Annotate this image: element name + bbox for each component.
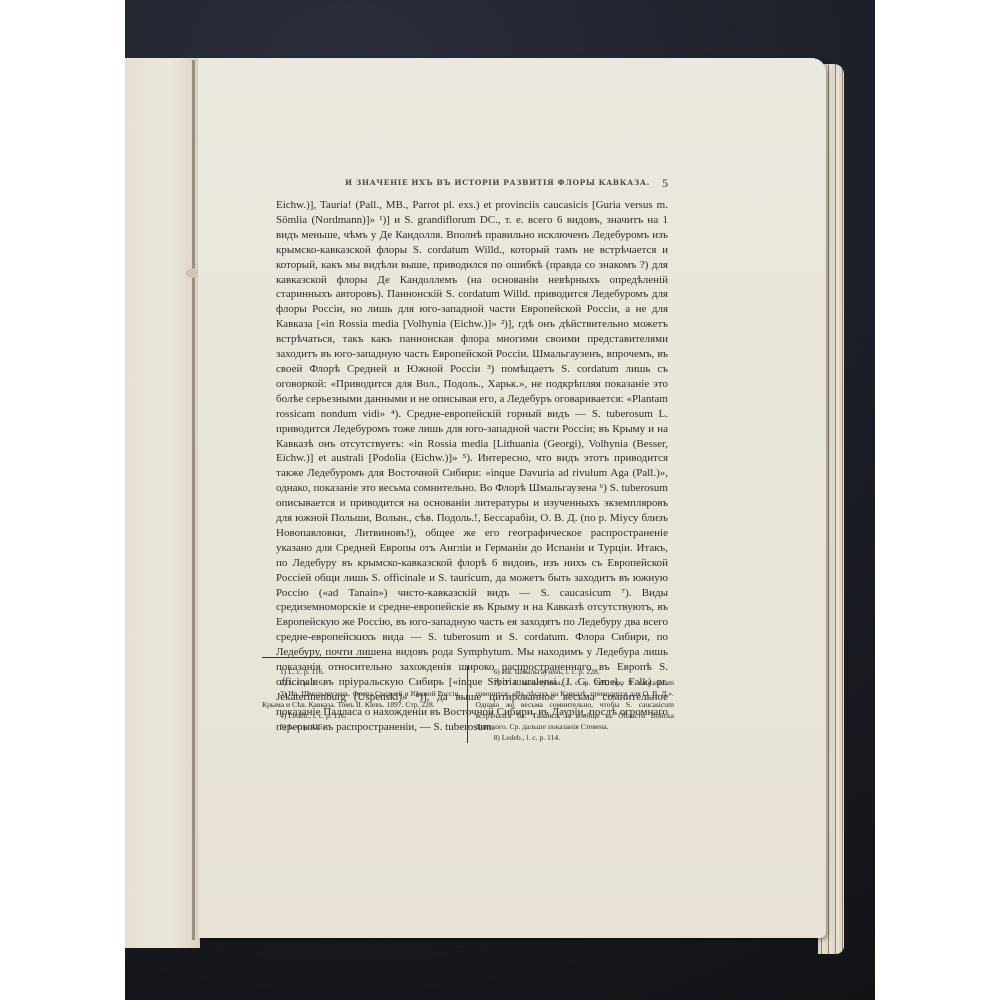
- footnote-1: 1) L. c. p. 116.: [262, 666, 461, 677]
- footnote-8: 8) Ledeb., l. c. p. 114.: [476, 732, 675, 743]
- footnote-7: 7) У Шмальгаузена, l. c. p. 228, про S. …: [476, 677, 675, 732]
- running-head: И ЗНАЧЕНІЕ ИХЪ ВЪ ИСТОРІИ РАЗВИТІЯ ФЛОРЫ…: [345, 178, 675, 187]
- footnote-5: 5) L. c. p. 115.: [262, 721, 461, 732]
- footnote-4: 4) Ledeb., l. c. p. 116.: [262, 710, 461, 721]
- body-paragraph: Eichw.)], Tauria! (Pall., MB., Parrot pl…: [276, 198, 668, 735]
- footnote-6: 6) Ив. Шмальгаузенъ, l. c. p. 228.: [476, 666, 675, 677]
- facing-left-page: [125, 58, 200, 948]
- footnote-3: 3) Ив. Шмальгаузенъ. Флора Средней и Южн…: [262, 688, 461, 710]
- body-text: Eichw.)], Tauria! (Pall., MB., Parrot pl…: [276, 198, 668, 735]
- footnote-2: 2) L. c. p. 116.: [262, 677, 461, 688]
- footnotes-left-column: 1) L. c. p. 116. 2) L. c. p. 116. 3) Ив.…: [262, 666, 461, 743]
- footnotes-right-column: 6) Ив. Шмальгаузенъ, l. c. p. 228. 7) У …: [467, 666, 675, 743]
- footnote-rule: [262, 657, 372, 658]
- book-gutter: [192, 60, 195, 940]
- binding-thread: [186, 268, 198, 278]
- page-number: 5: [662, 176, 668, 191]
- footnotes: 1) L. c. p. 116. 2) L. c. p. 116. 3) Ив.…: [262, 666, 674, 743]
